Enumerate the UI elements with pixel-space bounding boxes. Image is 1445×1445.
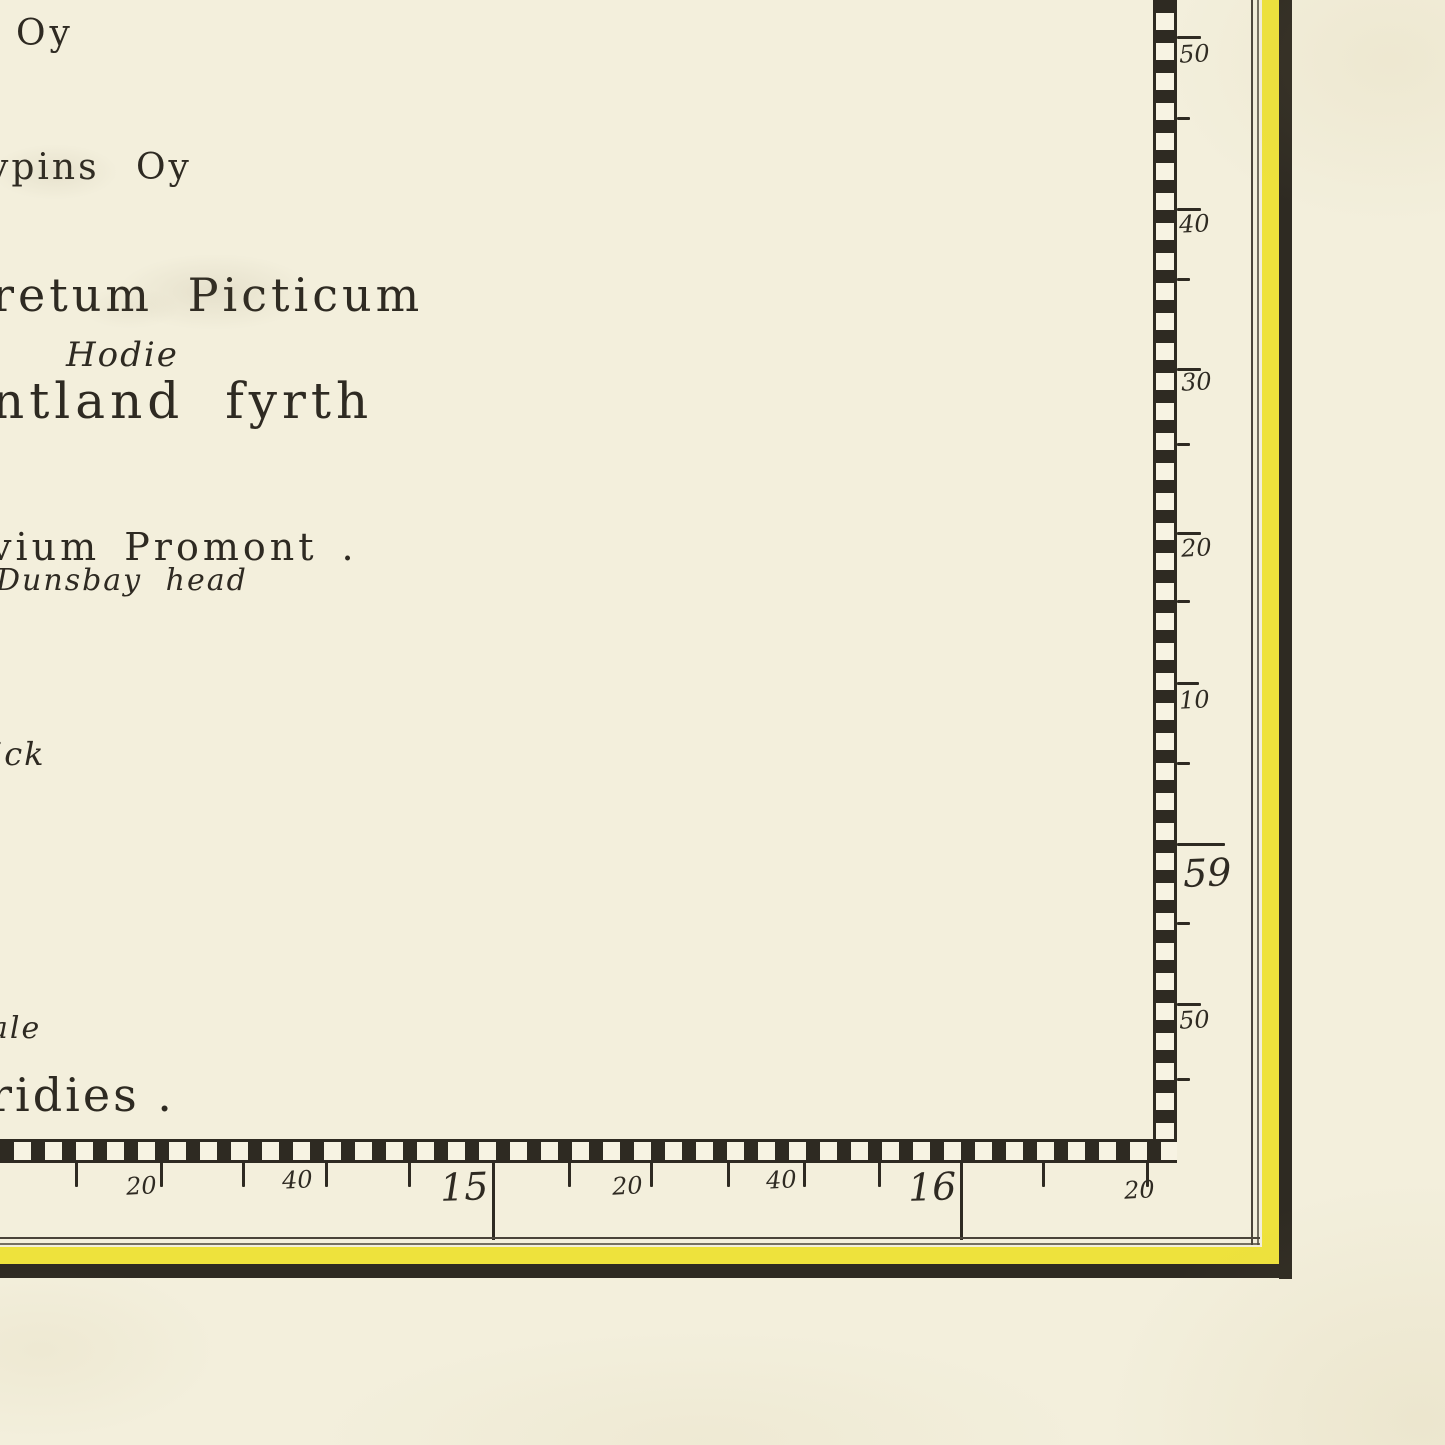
longitude-label-40m-a: 40 — [281, 1167, 313, 1193]
longitude-label-40m-b: 40 — [765, 1167, 797, 1193]
longitude-tick — [160, 1162, 163, 1187]
longitude-tick — [325, 1162, 328, 1187]
longitude-tick — [568, 1162, 571, 1187]
place-label-oy: Oy — [16, 16, 74, 52]
latitude-tick — [1177, 682, 1199, 685]
latitude-degree-label-59: 59 — [1182, 853, 1232, 893]
place-label-meridies: ridies . — [0, 1072, 175, 1118]
latitude-tick — [1177, 600, 1190, 603]
frame-thin-rule-right-inner — [1251, 0, 1253, 1245]
longitude-degree-label-16: 16 — [907, 1167, 957, 1207]
longitude-label-20m-b: 20 — [611, 1173, 643, 1199]
frame-black-band-right — [1279, 0, 1292, 1279]
longitude-tick — [727, 1162, 730, 1187]
place-label-promont: vium Promont . — [0, 528, 358, 566]
longitude-tick — [242, 1162, 245, 1187]
latitude-label-50m-bottom: 50 — [1178, 1007, 1210, 1033]
latitude-label-40m: 40 — [1178, 211, 1210, 237]
longitude-tick — [878, 1162, 881, 1187]
frame-yellow-band-bottom — [0, 1247, 1279, 1264]
longitude-tick — [1042, 1162, 1045, 1187]
longitude-degree-line — [492, 1160, 495, 1240]
longitude-tick — [408, 1162, 411, 1187]
latitude-tick — [1177, 443, 1190, 446]
longitude-label-20m-a: 20 — [125, 1173, 157, 1199]
map-sheet: Oy ypins Oy retum Picticum Hodie ntland … — [0, 0, 1445, 1445]
longitude-tick — [75, 1162, 78, 1187]
frame-thin-rule-bottom-outer — [0, 1243, 1260, 1245]
latitude-label-50m-top: 50 — [1178, 41, 1210, 67]
frame-thin-rule-right-outer — [1257, 0, 1259, 1245]
place-label-ypins-oy: ypins Oy — [0, 150, 192, 186]
latitude-border-band — [1153, 0, 1177, 1141]
place-label-pentland-fyrth: ntland fyrth — [0, 376, 373, 426]
latitude-tick — [1177, 1078, 1190, 1081]
longitude-label-20m-c: 20 — [1123, 1177, 1155, 1203]
latitude-tick — [1177, 762, 1190, 765]
place-label-ale: ale — [0, 1014, 41, 1044]
longitude-tick — [803, 1162, 806, 1187]
latitude-label-20m: 20 — [1180, 535, 1212, 561]
paper-texture-overlay — [0, 0, 1445, 1445]
latitude-tick — [1177, 36, 1201, 39]
place-label-ick: ick — [0, 738, 46, 770]
longitude-degree-line — [960, 1160, 963, 1240]
latitude-tick — [1177, 278, 1190, 281]
frame-black-band-bottom — [0, 1264, 1292, 1278]
latitude-label-30m: 30 — [1180, 369, 1212, 395]
longitude-degree-label-15: 15 — [439, 1167, 489, 1207]
latitude-degree-tick — [1177, 843, 1225, 846]
frame-thin-rule-bottom-inner — [0, 1237, 1260, 1239]
longitude-tick — [650, 1162, 653, 1187]
latitude-label-10m: 10 — [1178, 687, 1210, 713]
place-label-hodie: Hodie — [66, 338, 179, 372]
place-label-fretum-picticum: retum Picticum — [0, 272, 423, 318]
latitude-tick — [1177, 117, 1190, 120]
latitude-tick — [1177, 922, 1190, 925]
longitude-border-band — [0, 1139, 1177, 1163]
place-label-dunsbay-head: Dunsbay head — [0, 566, 248, 596]
frame-yellow-band-right — [1262, 0, 1279, 1265]
